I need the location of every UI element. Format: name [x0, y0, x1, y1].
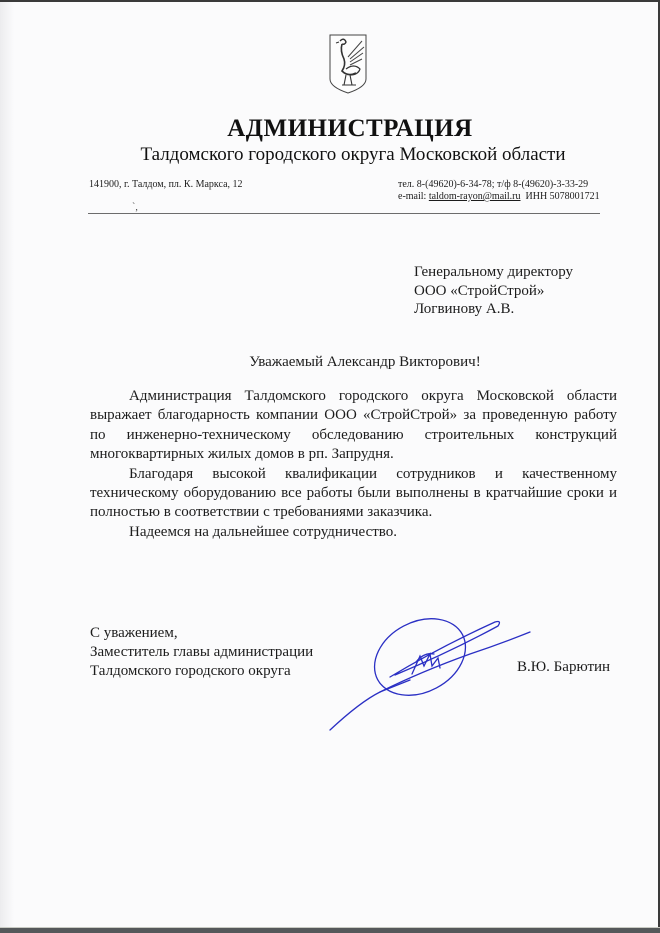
closing-salutation: С уважением, [90, 624, 313, 643]
body-paragraph: Администрация Талдомского городского окр… [90, 387, 617, 465]
signer-position: Заместитель главы администрации [90, 643, 313, 662]
window-edge-bottom [0, 927, 660, 933]
recipient-block: Генеральному директору ООО «СтройСтрой» … [414, 263, 573, 319]
letter-body: Администрация Талдомского городского окр… [90, 387, 617, 542]
scan-artifact: `, [132, 202, 138, 213]
coat-of-arms-icon [328, 33, 368, 95]
closing-block: С уважением, Заместитель главы администр… [90, 624, 313, 681]
recipient-position: Генеральному директору [414, 263, 573, 282]
recipient-name: Логвинову А.В. [414, 300, 573, 319]
email-line: e-mail: taldom-rayon@mail.ru ИНН 5078001… [398, 191, 600, 203]
body-paragraph: Надеемся на дальнейшее сотрудничество. [90, 523, 617, 542]
org-address: 141900, г. Талдом, пл. К. Маркса, 12 [89, 179, 243, 190]
org-title: АДМИНИСТРАЦИЯ [0, 115, 660, 143]
org-contacts: тел. 8-(49620)-6-34-78; т/ф 8-(49620)-3-… [398, 179, 600, 203]
body-paragraph: Благодаря высокой квалификации сотрудник… [90, 465, 617, 523]
email-link[interactable]: taldom-rayon@mail.ru [429, 191, 521, 202]
recipient-company: ООО «СтройСтрой» [414, 282, 573, 301]
email-label: e-mail: [398, 191, 426, 202]
signer-organization: Талдомского городского округа [90, 662, 313, 681]
letter-page: АДМИНИСТРАЦИЯ Талдомского городского окр… [0, 2, 658, 927]
header-divider [88, 213, 600, 214]
inn-number: ИНН 5078001721 [526, 191, 600, 202]
phone-line: тел. 8-(49620)-6-34-78; т/ф 8-(49620)-3-… [398, 179, 600, 191]
signer-name: В.Ю. Барютин [517, 659, 610, 676]
greeting: Уважаемый Александр Викторович! [0, 354, 660, 371]
org-subtitle: Талдомского городского округа Московской… [0, 144, 660, 166]
